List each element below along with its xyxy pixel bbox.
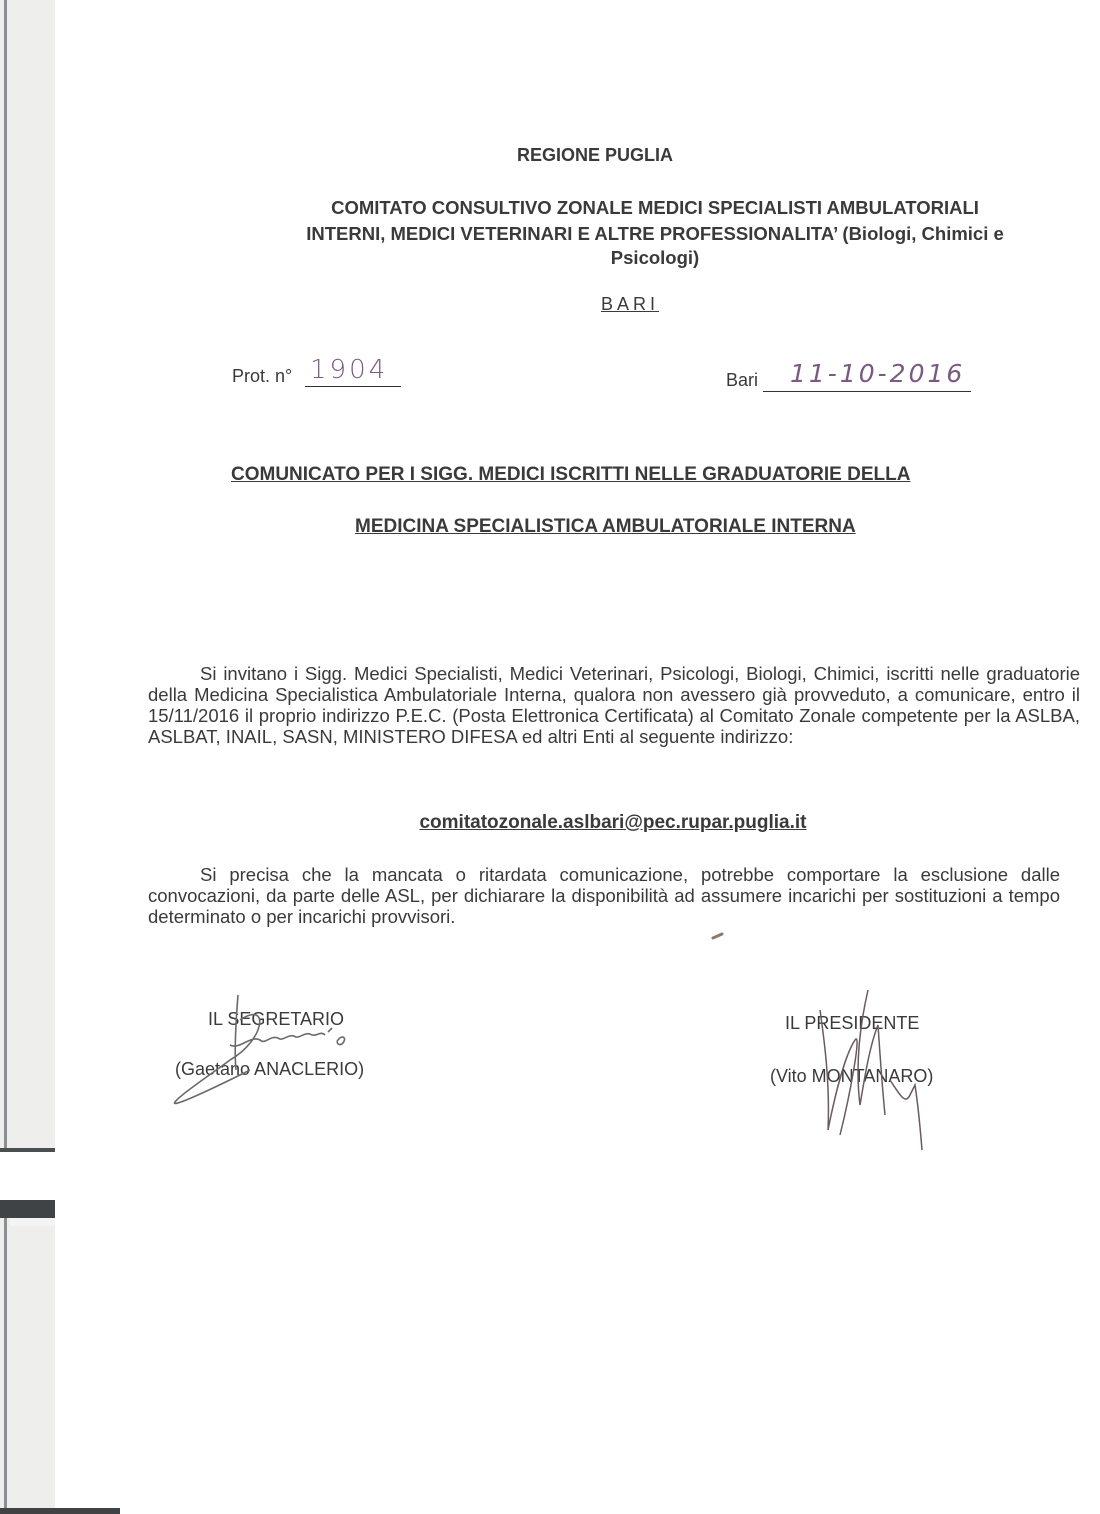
city-heading: BARI bbox=[590, 294, 670, 315]
scan-edge-bar bbox=[10, 1218, 55, 1226]
subject-line: COMUNICATO PER I SIGG. MEDICI ISCRITTI N… bbox=[231, 464, 910, 486]
body-paragraph: Si precisa che la mancata o ritardata co… bbox=[148, 864, 1060, 927]
committee-heading-line: INTERNI, MEDICI VETERINARI E ALTRE PROFE… bbox=[230, 223, 1080, 245]
scan-edge-bottom bbox=[0, 1508, 120, 1514]
body-paragraph-text: Si precisa che la mancata o ritardata co… bbox=[148, 864, 1060, 927]
ink-mark bbox=[712, 932, 724, 940]
scan-edge-strip bbox=[0, 0, 55, 1514]
scan-edge-bar bbox=[0, 1200, 55, 1218]
place-label: Bari bbox=[726, 370, 758, 391]
date-underline bbox=[763, 391, 971, 392]
protocol-number-handwritten: 1904 bbox=[310, 355, 388, 385]
body-paragraph-text: Si invitano i Sigg. Medici Specialisti, … bbox=[148, 663, 1080, 747]
region-heading: REGIONE PUGLIA bbox=[300, 145, 890, 166]
protocol-underline bbox=[305, 386, 401, 387]
committee-heading-line: Psicologi) bbox=[230, 247, 1080, 269]
president-signature-icon bbox=[800, 985, 940, 1155]
scan-edge-line bbox=[4, 0, 7, 1514]
subject-line: MEDICINA SPECIALISTICA AMBULATORIALE INT… bbox=[355, 516, 856, 538]
scan-edge-gap bbox=[0, 1152, 55, 1202]
pec-email-link[interactable]: comitatozonale.aslbari@pec.rupar.puglia.… bbox=[0, 812, 1100, 834]
protocol-label: Prot. n° bbox=[232, 366, 292, 387]
body-paragraph: Si invitano i Sigg. Medici Specialisti, … bbox=[148, 663, 1080, 747]
committee-heading-line: COMITATO CONSULTIVO ZONALE MEDICI SPECIA… bbox=[230, 197, 1080, 219]
date-handwritten: 11-10-2016 bbox=[790, 359, 965, 388]
secretary-signature-icon bbox=[170, 990, 410, 1110]
